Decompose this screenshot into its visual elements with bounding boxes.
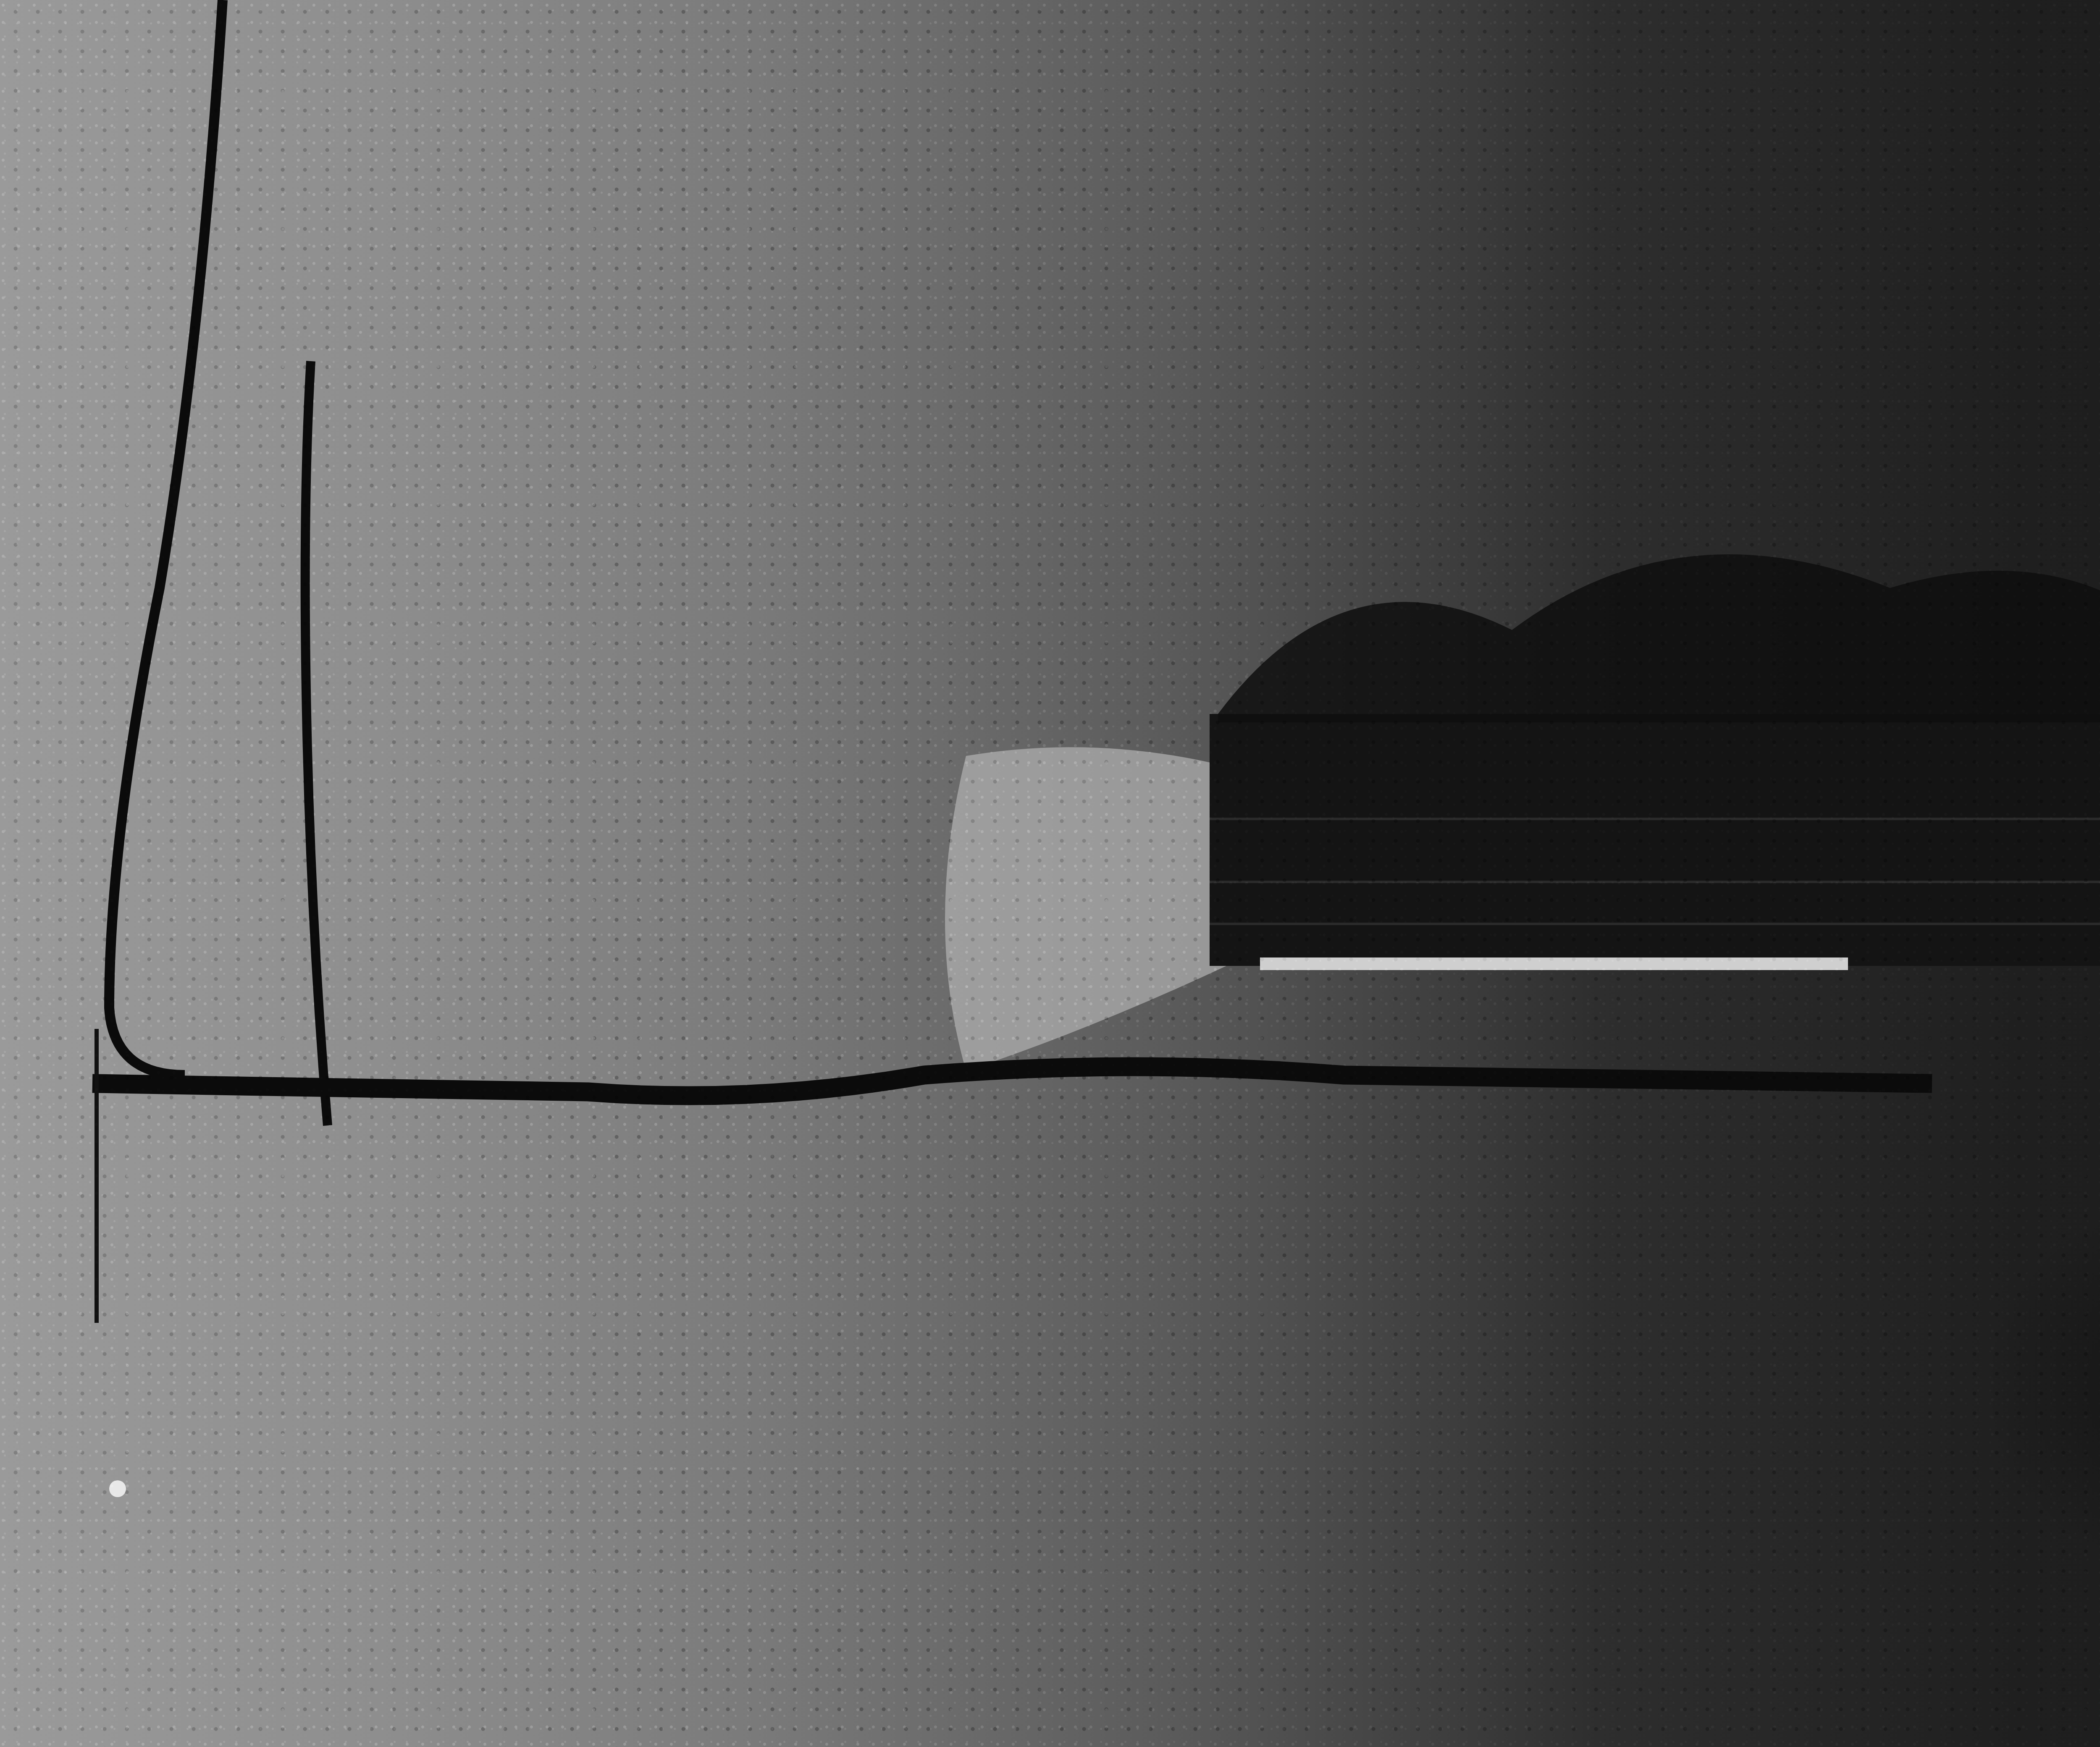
- asphalt-texture: [0, 0, 2100, 1747]
